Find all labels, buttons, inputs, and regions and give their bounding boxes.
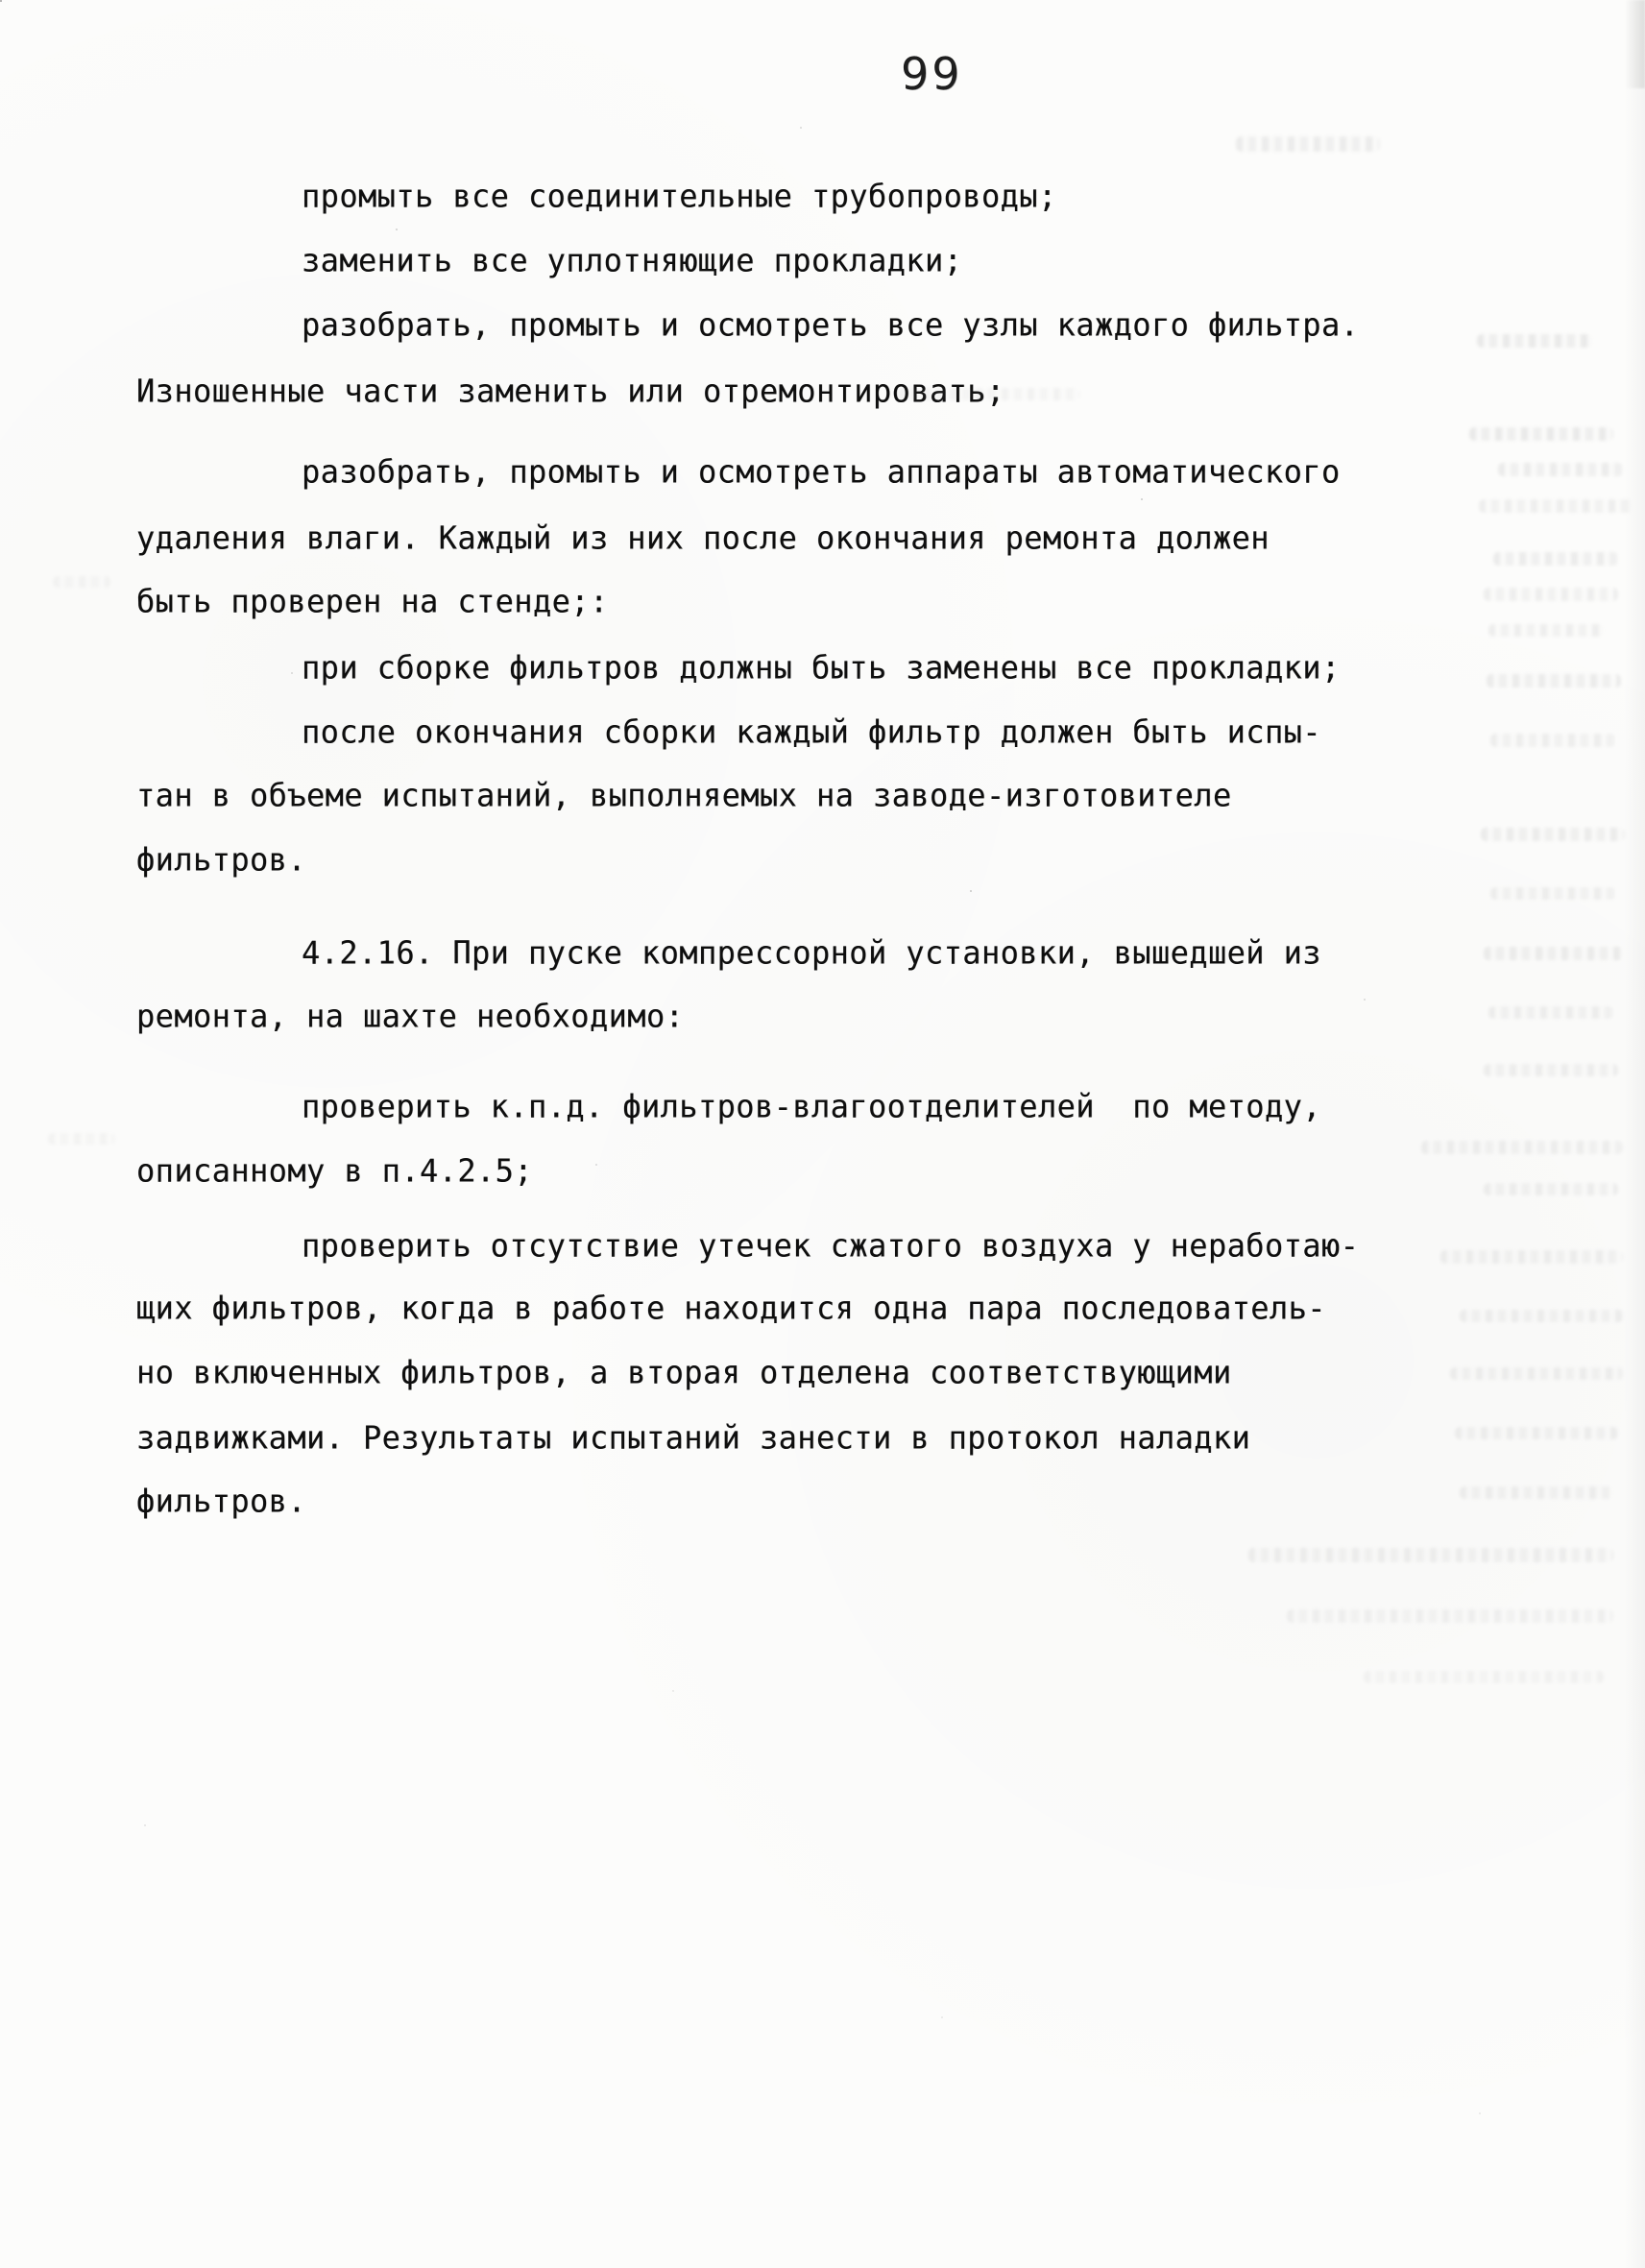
- text-line: фильтров.: [136, 1482, 306, 1519]
- text-line: фильтров.: [136, 840, 306, 878]
- text-line: при сборке фильтров должны быть заменены…: [136, 648, 1341, 686]
- text-line: удаления влаги. Каждый из них после окон…: [136, 519, 1270, 556]
- document-page: 99 промыть все соединительные трубопрово…: [0, 0, 1645, 2268]
- text-line: быть проверен на стенде;:: [136, 582, 609, 619]
- text-line: промыть все соединительные трубопроводы;: [136, 177, 1057, 214]
- text-line: разобрать, промыть и осмотреть аппараты …: [136, 452, 1341, 490]
- scan-noise-speckles: [0, 0, 2, 2]
- document-body-text: промыть все соединительные трубопроводы;…: [0, 0, 1645, 2268]
- text-line: разобрать, промыть и осмотреть все узлы …: [136, 305, 1359, 343]
- scan-edge-shade: [1624, 0, 1645, 2268]
- text-line: ремонта, на шахте необходимо:: [136, 997, 684, 1034]
- text-line: проверить к.п.д. фильтров-влагоотделител…: [136, 1087, 1321, 1124]
- text-line: щих фильтров, когда в работе находится о…: [136, 1289, 1326, 1326]
- text-line: тан в объеме испытаний, выполняемых на з…: [136, 776, 1232, 813]
- text-line: проверить отсутствие утечек сжатого возд…: [136, 1226, 1359, 1264]
- text-line: описанному в п.4.2.5;: [136, 1151, 533, 1189]
- text-line: Изношенные части заменить или отремонтир…: [136, 372, 1005, 409]
- text-line: но включенных фильтров, а вторая отделен…: [136, 1353, 1232, 1390]
- text-line: задвижками. Результаты испытаний занести…: [136, 1418, 1250, 1456]
- text-line: заменить все уплотняющие прокладки;: [136, 241, 962, 278]
- text-line: 4.2.16. При пуске компрессорной установк…: [136, 933, 1321, 971]
- text-line: после окончания сборки каждый фильтр дол…: [136, 712, 1321, 750]
